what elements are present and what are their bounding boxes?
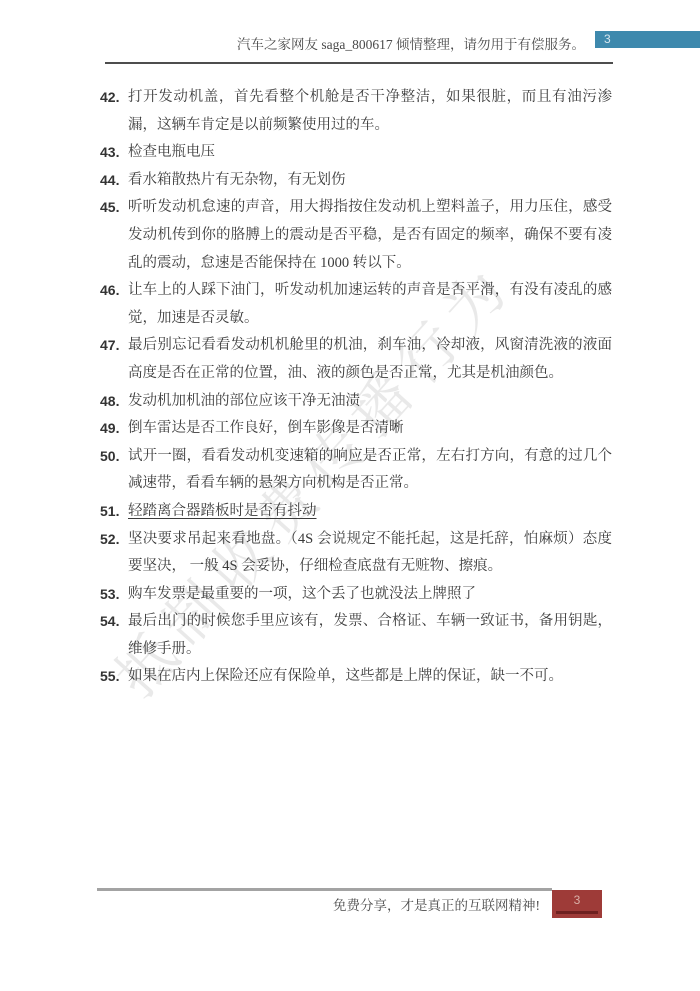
header-page-number-bar: 3 <box>595 31 700 48</box>
footer-divider-line <box>97 888 552 891</box>
footer-page-number: 3 <box>552 893 602 907</box>
list-item-51: 51. 轻踏离合器踏板时是否有抖动 <box>100 498 612 526</box>
item-text: 试开一圈，看看发动机变速箱的响应是否正常，左右打方向，有意的过几个减速带，看看车… <box>128 443 612 498</box>
footer-slogan-text: 免费分享，才是真正的互联网精神! <box>333 894 540 914</box>
list-item-53: 53. 购车发票是最重要的一项，这个丢了也就没法上牌照了 <box>100 581 612 609</box>
checklist: 42. 打开发动机盖，首先看整个机舱是否干净整洁，如果很脏，而且有油污渗漏，这辆… <box>100 84 612 691</box>
list-item-49: 49. 倒车雷达是否工作良好，倒车影像是否清晰 <box>100 415 612 443</box>
item-number: 51. <box>100 498 128 526</box>
list-item-42: 42. 打开发动机盖，首先看整个机舱是否干净整洁，如果很脏，而且有油污渗漏，这辆… <box>100 84 612 139</box>
list-item-52: 52. 坚决要求吊起来看地盘。（4S 会说规定不能托起，这是托辞，怕麻烦）态度要… <box>100 526 612 581</box>
item-number: 48. <box>100 388 128 416</box>
header-page-number: 3 <box>604 32 611 46</box>
item-text: 检查电瓶电压 <box>128 139 612 167</box>
item-number: 49. <box>100 415 128 443</box>
list-item-54: 54. 最后出门的时候您手里应该有，发票、合格证、车辆一致证书，备用钥匙，维修手… <box>100 608 612 663</box>
list-item-50: 50. 试开一圈，看看发动机变速箱的响应是否正常，左右打方向，有意的过几个减速带… <box>100 443 612 498</box>
item-text: 最后出门的时候您手里应该有，发票、合格证、车辆一致证书，备用钥匙，维修手册。 <box>128 608 612 663</box>
item-text: 坚决要求吊起来看地盘。（4S 会说规定不能托起，这是托辞，怕麻烦）态度要坚决， … <box>128 526 612 581</box>
header-divider-line <box>105 62 613 64</box>
document-page: 抵制收费传播行为 汽车之家网友 saga_800617 倾情整理，请勿用于有偿服… <box>0 0 700 991</box>
item-text: 让车上的人踩下油门，听发动机加速运转的声音是否平滑，有没有凌乱的感觉，加速是否灵… <box>128 277 612 332</box>
item-text: 购车发票是最重要的一项，这个丢了也就没法上牌照了 <box>128 581 612 609</box>
list-item-47: 47. 最后别忘记看看发动机机舱里的机油，刹车油，冷却液，风窗清洗液的液面高度是… <box>100 332 612 387</box>
item-number: 53. <box>100 581 128 609</box>
item-text: 如果在店内上保险还应有保险单，这些都是上牌的保证，缺一不可。 <box>128 663 612 691</box>
footer-page-number-underline <box>556 911 598 914</box>
item-text: 看水箱散热片有无杂物，有无划伤 <box>128 167 612 195</box>
item-text: 打开发动机盖，首先看整个机舱是否干净整洁，如果很脏，而且有油污渗漏，这辆车肯定是… <box>128 84 612 139</box>
footer-page-number-box: 3 <box>552 890 602 918</box>
list-item-43: 43. 检查电瓶电压 <box>100 139 612 167</box>
item-text: 听听发动机怠速的声音，用大拇指按住发动机上塑料盖子，用力压住，感受发动机传到你的… <box>128 194 612 277</box>
list-item-55: 55. 如果在店内上保险还应有保险单，这些都是上牌的保证，缺一不可。 <box>100 663 612 691</box>
item-text: 倒车雷达是否工作良好，倒车影像是否清晰 <box>128 415 612 443</box>
item-number: 43. <box>100 139 128 167</box>
list-item-45: 45. 听听发动机怠速的声音，用大拇指按住发动机上塑料盖子，用力压住，感受发动机… <box>100 194 612 277</box>
item-text: 发动机加机油的部位应该干净无油渍 <box>128 388 612 416</box>
item-number: 55. <box>100 663 128 691</box>
header-attribution-text: 汽车之家网友 saga_800617 倾情整理，请勿用于有偿服务。 <box>237 33 585 53</box>
item-number: 52. <box>100 526 128 554</box>
item-number: 45. <box>100 194 128 222</box>
item-number: 44. <box>100 167 128 195</box>
item-number: 47. <box>100 332 128 360</box>
item-number: 42. <box>100 84 128 112</box>
list-item-48: 48. 发动机加机油的部位应该干净无油渍 <box>100 388 612 416</box>
list-item-44: 44. 看水箱散热片有无杂物，有无划伤 <box>100 167 612 195</box>
item-number: 54. <box>100 608 128 636</box>
item-text-underlined: 轻踏离合器踏板时是否有抖动 <box>128 498 612 526</box>
item-text: 最后别忘记看看发动机机舱里的机油，刹车油，冷却液，风窗清洗液的液面高度是否在正常… <box>128 332 612 387</box>
item-number: 50. <box>100 443 128 471</box>
item-number: 46. <box>100 277 128 305</box>
list-item-46: 46. 让车上的人踩下油门，听发动机加速运转的声音是否平滑，有没有凌乱的感觉，加… <box>100 277 612 332</box>
